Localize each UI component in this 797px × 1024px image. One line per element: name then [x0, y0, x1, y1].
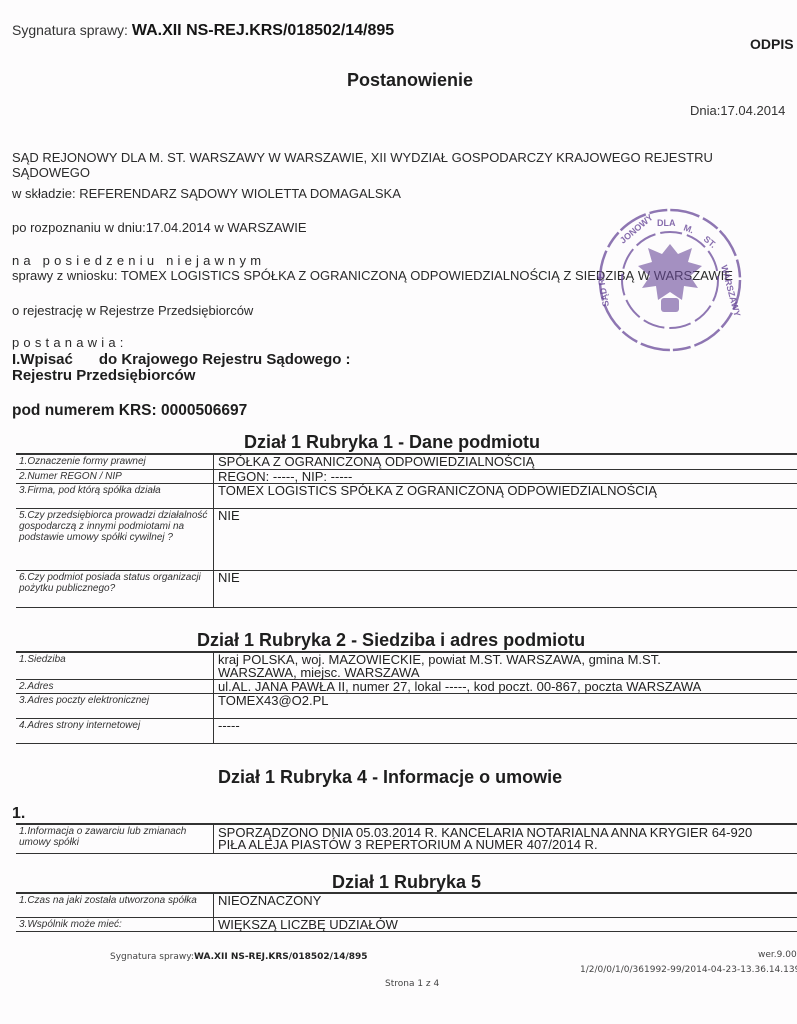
copy-label: ODPIS	[750, 36, 794, 52]
table-siedziba: 1.Siedziba kraj POLSKA, woj. MAZOWIECKIE…	[16, 651, 797, 744]
footer-signature-value: WA.XII NS-REJ.KRS/018502/14/895	[194, 952, 368, 962]
row-value: ul.AL. JANA PAWŁA II, numer 27, lokal --…	[214, 680, 701, 693]
case-signature-value: WA.XII NS-REJ.KRS/018502/14/895	[132, 22, 394, 39]
page-number: Strona 1 z 4	[385, 979, 439, 989]
row-label: 4.Adres strony internetowej	[16, 719, 214, 743]
table-row: 2.Numer REGON / NIP REGON: -----, NIP: -…	[16, 470, 797, 484]
version-label: wer.9.00	[758, 950, 797, 960]
row-value: SPORZĄDZONO DNIA 05.03.2014 R. KANCELARI…	[214, 825, 758, 853]
row-label: 1.Informacja o zawarciu lub zmianach umo…	[16, 825, 214, 853]
row-label: 1.Czas na jaki została utworzona spółka	[16, 894, 214, 917]
case-signature: Sygnatura sprawy: WA.XII NS-REJ.KRS/0185…	[12, 22, 394, 40]
table-row: 1.Siedziba kraj POLSKA, woj. MAZOWIECKIE…	[16, 653, 797, 680]
order-verb: I.Wpisać	[12, 351, 73, 368]
table-rubryka-5: 1.Czas na jaki została utworzona spółka …	[16, 892, 797, 932]
svg-text:SĄD RE: SĄD RE	[595, 272, 611, 307]
row-value: TOMEX LOGISTICS SPÓŁKA Z OGRANICZONĄ ODP…	[214, 484, 657, 508]
table-row: 4.Adres strony internetowej -----	[16, 719, 797, 744]
table-row: 6.Czy podmiot posiada status organizacji…	[16, 571, 797, 608]
examination-line: po rozpoznaniu w dniu:17.04.2014 w WARSZ…	[12, 221, 307, 236]
court-composition: w składzie: REFERENDARZ SĄDOWY WIOLETTA …	[12, 187, 401, 202]
case-signature-label: Sygnatura sprawy:	[12, 22, 128, 38]
order-text: I.Wpisaćdo Krajowego Rejestru Sądowego :…	[12, 352, 351, 384]
krs-number: pod numerem KRS: 0000506697	[12, 402, 247, 420]
table-informacje-o-umowie: 1.Informacja o zawarciu lub zmianach umo…	[16, 823, 797, 854]
document-date: Dnia:17.04.2014	[690, 103, 785, 118]
order-target: do Krajowego Rejestru Sądowego :	[99, 351, 351, 368]
document-title: Postanowienie	[0, 70, 797, 91]
row-value: kraj POLSKA, woj. MAZOWIECKIE, powiat M.…	[214, 653, 728, 679]
footer-signature-label: Sygnatura sprawy:	[110, 952, 194, 962]
table-row: 5.Czy przedsiębiorca prowadzi działalnoś…	[16, 509, 797, 571]
row-value: NIEOZNACZONY	[214, 894, 321, 917]
table-row: 1.Oznaczenie formy prawnej SPÓŁKA Z OGRA…	[16, 455, 797, 470]
row-label: 2.Adres	[16, 680, 214, 693]
table-row: 3.Wspólnik może mieć: WIĘKSZĄ LICZBĘ UDZ…	[16, 918, 797, 932]
row-label: 2.Numer REGON / NIP	[16, 470, 214, 483]
row-value: NIE	[214, 509, 240, 570]
section-title-dane-podmiotu: Dział 1 Rubryka 1 - Dane podmiotu	[244, 432, 540, 453]
court-stamp-icon: JONOWY DLA M. ST. WARSZAWY SĄD RE	[595, 206, 745, 354]
court-name: SĄD REJONOWY DLA M. ST. WARSZAWY W WARSZ…	[12, 151, 752, 180]
document-identifier: 1/2/0/0/1/0/361992-99/2014-04-23-13.36.1…	[580, 965, 797, 975]
footer-signature: Sygnatura sprawy:WA.XII NS-REJ.KRS/01850…	[110, 952, 368, 962]
row-value: -----	[214, 719, 240, 743]
decides-label: postanawia:	[12, 336, 128, 351]
row-label: 1.Oznaczenie formy prawnej	[16, 455, 214, 469]
row-label: 3.Firma, pod którą spółka działa	[16, 484, 214, 508]
row-value: TOMEX43@O2.PL	[214, 694, 329, 718]
row-label: 6.Czy podmiot posiada status organizacji…	[16, 571, 214, 607]
item-number: 1.	[12, 805, 25, 823]
table-row: 3.Firma, pod którą spółka działa TOMEX L…	[16, 484, 797, 509]
section-title-informacje-o-umowie: Dział 1 Rubryka 4 - Informacje o umowie	[218, 767, 562, 788]
row-value: REGON: -----, NIP: -----	[214, 470, 352, 483]
order-register: Rejestru Przedsiębiorców	[12, 367, 195, 384]
row-value: SPÓŁKA Z OGRANICZONĄ ODPOWIEDZIALNOŚCIĄ	[214, 455, 534, 469]
svg-text:M.: M.	[682, 222, 695, 235]
row-label: 1.Siedziba	[16, 653, 214, 679]
table-dane-podmiotu: 1.Oznaczenie formy prawnej SPÓŁKA Z OGRA…	[16, 453, 797, 608]
row-value: NIE	[214, 571, 240, 607]
row-label: 3.Adres poczty elektronicznej	[16, 694, 214, 718]
table-row: 2.Adres ul.AL. JANA PAWŁA II, numer 27, …	[16, 680, 797, 694]
table-row: 1.Czas na jaki została utworzona spółka …	[16, 894, 797, 918]
table-row: 3.Adres poczty elektronicznej TOMEX43@O2…	[16, 694, 797, 719]
session-type: na posiedzeniu niejawnym	[12, 254, 265, 269]
section-title-rubryka-5: Dział 1 Rubryka 5	[332, 872, 481, 893]
row-label: 3.Wspólnik może mieć:	[16, 918, 214, 931]
registration-subject: o rejestrację w Rejestrze Przedsiębiorcó…	[12, 304, 253, 319]
section-title-siedziba: Dział 1 Rubryka 2 - Siedziba i adres pod…	[197, 630, 585, 651]
row-value: WIĘKSZĄ LICZBĘ UDZIAŁÓW	[214, 918, 398, 931]
table-row: 1.Informacja o zawarciu lub zmianach umo…	[16, 825, 797, 854]
svg-text:DLA: DLA	[657, 218, 676, 228]
row-label: 5.Czy przedsiębiorca prowadzi działalnoś…	[16, 509, 214, 570]
